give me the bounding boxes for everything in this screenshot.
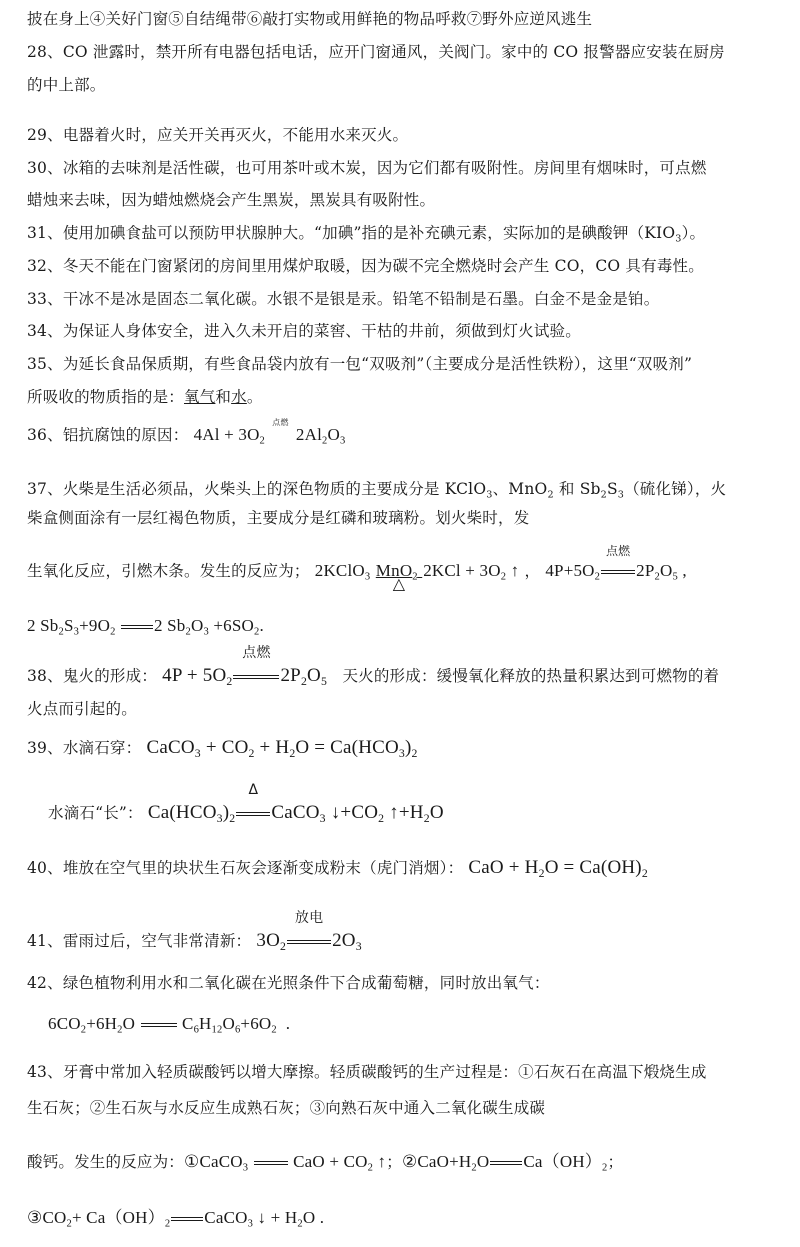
- item-31-text: 31、使用加碘食盐可以预防甲状腺肿大。“加碘”指的是补充碘元素，实际加的是碘酸钾…: [27, 224, 675, 242]
- item-29: 29、电器着火时，应关开关再灭火，不能用水来灭火。: [27, 125, 408, 145]
- equation-aluminum: 4Al + 3O2 点燃 2Al2O3: [194, 425, 346, 444]
- answer-water: 水: [231, 388, 247, 406]
- equation-stalactite-dissolve: CaCO3 + CO2 + H2O = Ca(HCO3)2: [146, 737, 417, 758]
- equation-ozone: 3O2放电2O3: [256, 930, 361, 951]
- item-38-line2: 火点而引起的。: [27, 699, 137, 719]
- equation-r3: ③CO2+ Ca（OH）2CaCO3 ↓ + H2O .: [27, 1208, 324, 1227]
- condition-ignite: 点燃: [233, 666, 279, 686]
- item-43-line4: ③CO2+ Ca（OH）2CaCO3 ↓ + H2O .: [27, 1208, 324, 1228]
- item-35-line2: 所吸收的物质指的是：氧气和水。: [27, 387, 263, 407]
- item-34: 34、为保证人身体安全，进入久未开启的菜窖、干枯的井前，须做到灯火试验。: [27, 321, 581, 341]
- item-37-line3: 生氧化反应，引燃木条。发生的反应为； 2KClO3 MnO2 △2KCl + 3…: [27, 561, 687, 581]
- item-37-line4: 2 Sb2S3+9O2 2 Sb2O3 +6SO2.: [27, 616, 264, 636]
- condition-ignite: 点燃: [270, 425, 290, 445]
- item-31: 31、使用加碘食盐可以预防甲状腺肿大。“加碘”指的是补充碘元素，实际加的是碘酸钾…: [27, 223, 705, 243]
- item-30-line1: 30、冰箱的去味剂是活性碳，也可用茶叶或木炭，因为它们都有吸附性。房间里有烟味时…: [27, 158, 707, 178]
- item-43-line3: 酸钙。发生的反应为：①CaCO3 CaO + CO2 ↑；②CaO+H2OCa（…: [27, 1152, 623, 1172]
- item-32: 32、冬天不能在门窗紧闭的房间里用煤炉取暖，因为碳不完全燃烧时会产生 CO，CO…: [27, 256, 704, 276]
- item-43-line1: 43、牙膏中常加入轻质碳酸钙以增大摩擦。轻质碳酸钙的生产过程是：①石灰石在高温下…: [27, 1062, 707, 1082]
- equation-kclo3: 2KClO3 MnO2 △2KCl + 3O2 ↑: [315, 561, 520, 580]
- item-42: 42、绿色植物利用水和二氧化碳在光照条件下合成葡萄糖，同时放出氧气：: [27, 973, 550, 993]
- item-41: 41、雷雨过后，空气非常清新： 3O2放电2O3: [27, 931, 362, 951]
- equation-stalactite-grow: Ca(HCO3)2ΔCaCO3 ↓+CO2 ↑+H2O: [148, 802, 444, 823]
- condition-ignite: 点燃: [601, 561, 635, 581]
- item-28-line1: 28、CO 泄露时，禁开所有电器包括电话，应开门窗通风，关阀门。家中的 CO 报…: [27, 42, 725, 62]
- item-39-grow: 水滴石“长”： Ca(HCO3)2ΔCaCO3 ↓+CO2 ↑+H2O: [48, 803, 444, 823]
- item-39: 39、水滴石穿： CaCO3 + CO2 + H2O = Ca(HCO3)2: [27, 738, 418, 758]
- item-38-line1: 38、鬼火的形成： 4P + 5O2点燃2P2O5 天火的形成：缓慢氧化释放的热…: [27, 666, 719, 686]
- equation-photosynthesis: 6CO2+6H2O C6H12O6+6O2 .: [48, 1014, 290, 1034]
- equation-ghost-fire: 4P + 5O2点燃2P2O5: [162, 665, 327, 686]
- item-35-line1: 35、为延长食品保质期，有些食品袋内放有一包“双吸剂”（主要成分是活性铁粉），这…: [27, 354, 692, 374]
- equation-quicklime: CaO + H2O = Ca(OH)2: [468, 857, 648, 878]
- condition-catalyst-heat: MnO2 △: [376, 561, 422, 581]
- condition-discharge: 放电: [287, 931, 331, 951]
- item-30-line2: 蜡烛来去味，因为蜡烛燃烧会产生黑炭，黑炭具有吸附性。: [27, 190, 435, 210]
- equation-phosphorus-burn: 4P+5O2点燃2P2O5 ,: [545, 561, 686, 580]
- item-36: 36、铝抗腐蚀的原因： 4Al + 3O2 点燃 2Al2O3: [27, 425, 345, 445]
- equation-sb2s3: 2 Sb2S3+9O2 2 Sb2O3 +6SO2.: [27, 616, 264, 635]
- item-37-line2: 柴盒侧面涂有一层红褐色物质，主要成分是红磷和玻璃粉。划火柴时，发: [27, 508, 529, 528]
- item-37-line1: 37、火柴是生活必须品，火柴头上的深色物质的主要成分是 KClO3、MnO2 和…: [27, 479, 726, 499]
- item-28-line2: 的中上部。: [27, 75, 106, 95]
- answer-oxygen: 氧气: [184, 388, 215, 406]
- item-43-line2: 生石灰；②生石灰与水反应生成熟石灰；③向熟石灰中通入二氧化碳生成碳: [27, 1098, 545, 1118]
- condition-heat: Δ: [236, 803, 270, 823]
- item-33: 33、干冰不是冰是固态二氧化碳。水银不是银是汞。铅笔不铅制是石墨。白金不是金是铂…: [27, 289, 659, 309]
- equation-r1: ①CaCO3 CaO + CO2 ↑: [184, 1152, 386, 1171]
- equation-r2: ②CaO+H2OCa（OH）2: [402, 1152, 608, 1171]
- item-40: 40、堆放在空气里的块状生石灰会逐渐变成粉末（虎门消烟）： CaO + H2O …: [27, 858, 648, 878]
- text-line-safety-tail: 披在身上④关好门窗⑤自结绳带⑥敲打实物或用鲜艳的物品呼救⑦野外应逆风逃生: [27, 9, 592, 29]
